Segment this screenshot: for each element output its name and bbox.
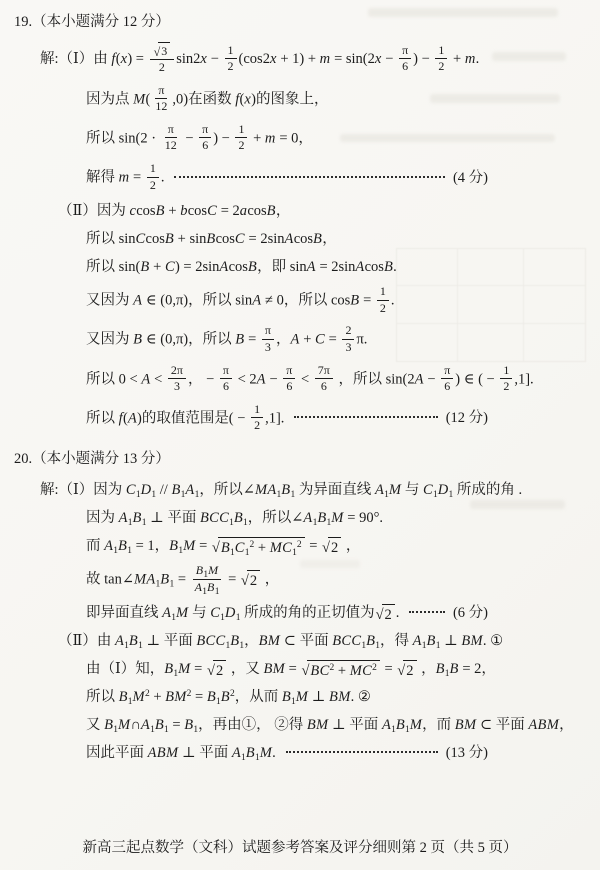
solution-text: 即异面直线 A1M 与 C1D1 所成的角的正切值为√2. xyxy=(86,603,399,624)
solution-text: 解:（Ⅰ）因为 C1D1 // B1A1，所以∠MA1B1 为异面直线 A1M … xyxy=(40,480,522,501)
solution-line: 又 B1M∩A1B1 = B1，再由①， ②得 BM ⊥ 平面 A1B1M，而 … xyxy=(86,715,582,736)
solution-text: 由（Ⅰ）知，B1M = √2 ，又 BM = √BC2 + MC2 = √2 ，… xyxy=(86,659,496,680)
dotted-leader xyxy=(294,415,437,418)
solution-text: 所以 sin(2 · π12 − π6) − 12 + m = 0， xyxy=(86,123,313,155)
scanned-answer-page: { "page": { "footer": "新高三起点数学（文科）试题参考答案… xyxy=(0,0,600,870)
solution-text: 故 tan∠MA1B1 = B1MA1B1 = √2 ， xyxy=(86,564,279,596)
solution-text: 因为 A1B1 ⊥ 平面 BCC1B1，所以∠A1B1M = 90°. xyxy=(86,508,383,529)
solution-text: 所以 sinCcosB + sinBcosC = 2sinAcosB， xyxy=(86,229,337,250)
score-badge: (4 分) xyxy=(453,168,488,189)
solution-text: （Ⅱ）因为 ccosB + bcosC = 2acosB， xyxy=(58,201,290,222)
score-badge: (6 分) xyxy=(453,603,488,624)
dotted-leader xyxy=(174,175,444,178)
solution-text: 又因为 B ∈ (0,π)，所以 B = π3，A + C = 23π. xyxy=(86,324,367,356)
dotted-leader xyxy=(409,610,445,613)
dotted-leader xyxy=(286,750,438,753)
problem-heading: 20.（本小题满分 13 分） xyxy=(14,449,582,470)
solution-text: 又因为 A ∈ (0,π)，所以 sinA ≠ 0，所以 cosB = 12. xyxy=(86,285,395,317)
solution-line: 即异面直线 A1M 与 C1D1 所成的角的正切值为√2.(6 分) xyxy=(86,603,488,624)
solution-line: 解:（Ⅰ）因为 C1D1 // B1A1，所以∠MA1B1 为异面直线 A1M … xyxy=(40,480,582,501)
solution-line: （Ⅱ）由 A1B1 ⊥ 平面 BCC1B1，BM ⊂ 平面 BCC1B1，得 A… xyxy=(58,631,582,652)
solution-text: 所以 f(A)的取值范围是( − 12,1]. xyxy=(86,403,284,435)
bleed-through-artifact xyxy=(492,52,566,61)
bleed-through-artifact xyxy=(300,560,360,568)
solution-text: 所以 sin(B + C) = 2sinAcosB，即 sinA = 2sinA… xyxy=(86,257,397,278)
solution-text: 因为点 M(π12,0)在函数 f(x)的图象上， xyxy=(86,84,328,116)
solution-line: 所以 f(A)的取值范围是( − 12,1].(12 分) xyxy=(86,403,488,435)
paper: 19.（本小题满分 12 分）解:（Ⅰ）由 f(x) = √32sin2x − … xyxy=(0,0,600,870)
solution-text: 所以 0 < A < 2π3， − π6 < 2A − π6 < 7π6 ，所以… xyxy=(86,364,534,396)
solution-text: 所以 B1M2 + BM2 = B1B2，从而 B1M ⊥ BM. ② xyxy=(86,687,371,708)
bleed-through-table xyxy=(396,248,586,362)
solution-line: （Ⅱ）因为 ccosB + bcosC = 2acosB， xyxy=(58,201,582,222)
solution-line: 解得 m = 12.(4 分) xyxy=(86,162,488,194)
solution-line: 故 tan∠MA1B1 = B1MA1B1 = √2 ， xyxy=(86,564,582,596)
solution-text: 又 B1M∩A1B1 = B1，再由①， ②得 BM ⊥ 平面 A1B1M，而 … xyxy=(86,715,574,736)
solution-text: 解得 m = 12. xyxy=(86,162,164,194)
bleed-through-artifact xyxy=(368,8,558,17)
solution-text: 因此平面 ABM ⊥ 平面 A1B1M. xyxy=(86,743,276,764)
page-footer: 新高三起点数学（文科）试题参考答案及评分细则第 2 页（共 5 页） xyxy=(0,836,600,857)
solution-line: 而 A1B1 = 1，B1M = √B1C12 + MC12 = √2 ， xyxy=(86,536,582,557)
solution-line: 所以 B1M2 + BM2 = B1B2，从而 B1M ⊥ BM. ② xyxy=(86,687,582,708)
solution-line: 由（Ⅰ）知，B1M = √2 ，又 BM = √BC2 + MC2 = √2 ，… xyxy=(86,659,582,680)
solution-line: 因为 A1B1 ⊥ 平面 BCC1B1，所以∠A1B1M = 90°. xyxy=(86,508,582,529)
bleed-through-artifact xyxy=(430,94,560,103)
bleed-through-artifact xyxy=(340,134,555,142)
solution-line: 因此平面 ABM ⊥ 平面 A1B1M.(13 分) xyxy=(86,743,488,764)
page-content: 19.（本小题满分 12 分）解:（Ⅰ）由 f(x) = √32sin2x − … xyxy=(0,12,600,764)
score-badge: (12 分) xyxy=(446,408,488,429)
bleed-through-artifact xyxy=(470,500,565,509)
solution-line: 所以 0 < A < 2π3， − π6 < 2A − π6 < 7π6 ，所以… xyxy=(86,364,582,396)
solution-text: 而 A1B1 = 1，B1M = √B1C12 + MC12 = √2 ， xyxy=(86,536,360,557)
solution-text: 解:（Ⅰ）由 f(x) = √32sin2x − 12(cos2x + 1) +… xyxy=(40,43,479,77)
solution-text: （Ⅱ）由 A1B1 ⊥ 平面 BCC1B1，BM ⊂ 平面 BCC1B1，得 A… xyxy=(58,631,503,652)
score-badge: (13 分) xyxy=(446,743,488,764)
